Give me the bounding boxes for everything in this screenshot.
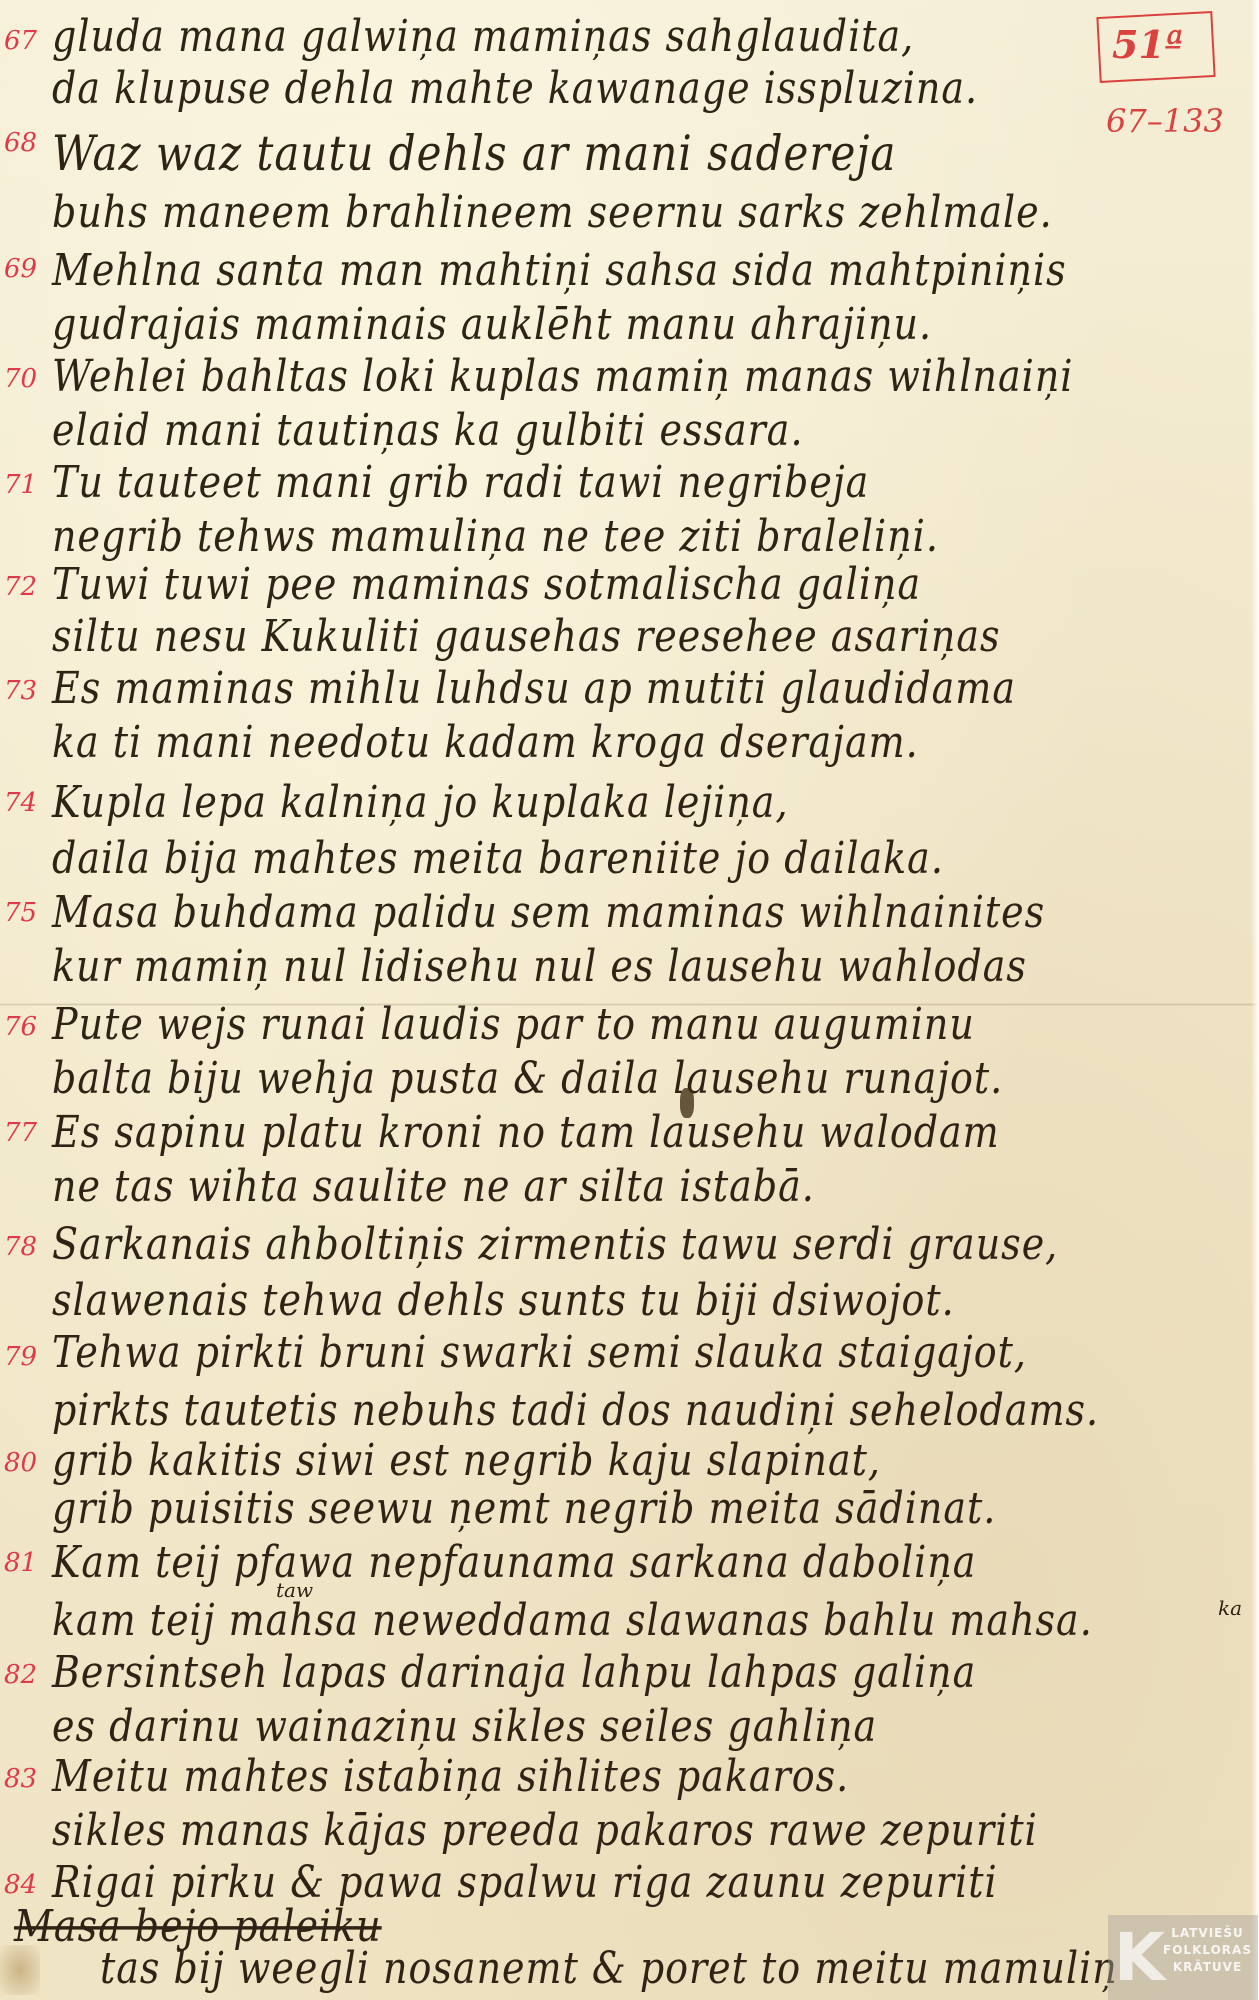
insertion-end: ka bbox=[1218, 1596, 1242, 1620]
watermark-text: LATVIEŠU FOLKLORAS KRĀTUVE bbox=[1160, 1925, 1255, 1976]
verse-line: negrib tehws mamuliņa ne tee ziti bralel… bbox=[52, 514, 939, 558]
verse-line: Tehwa pirkti bruni swarki semi slauka st… bbox=[52, 1330, 1027, 1374]
paper-stain bbox=[0, 1945, 40, 1995]
verse-number: 68 bbox=[4, 130, 42, 156]
verse-line: Kam teij pfawa nepfaunama sarkana daboli… bbox=[52, 1540, 976, 1584]
verse-line: grib kakitis siwi est negrib kaju slapin… bbox=[52, 1438, 881, 1482]
verse-number: 81 bbox=[4, 1550, 42, 1576]
verse-line: daila bija mahtes meita bareniite jo dai… bbox=[52, 836, 944, 880]
verse-line-struck: Masa bejo paleiku bbox=[14, 1904, 382, 1948]
verse-line: Wehlei bahltas loki kuplas mamiņ manas w… bbox=[52, 354, 1073, 398]
verse-line: Meitu mahtes istabiņa sihlites pakaros. bbox=[52, 1754, 849, 1798]
verse-line: Sarkanais ahboltiņis zirmentis tawu serd… bbox=[52, 1222, 1058, 1266]
verse-line: Tu tauteet mani grib radi tawi negribeja bbox=[52, 460, 869, 504]
verse-line: Es maminas mihlu luhdsu ap mutiti glaudi… bbox=[52, 666, 1016, 710]
verse-number: 72 bbox=[4, 574, 42, 600]
verse-line: slawenais tehwa dehls sunts tu biji dsiw… bbox=[52, 1278, 955, 1322]
verse-line: tas bij weegli nosanemt & poret to meitu… bbox=[100, 1946, 1118, 1990]
verse-line: Kupla lepa kalniņa jo kuplaka lejiņa, bbox=[52, 780, 789, 824]
verse-line: balta biju wehja pusta & daila lausehu r… bbox=[52, 1056, 1003, 1100]
verse-line: Mehlna santa man mahtiņi sahsa sida maht… bbox=[52, 248, 1067, 292]
verse-number: 80 bbox=[4, 1450, 42, 1476]
manuscript-page: 51ª 67–133 67 gluda mana galwiņa mamiņas… bbox=[0, 0, 1259, 2000]
verse-number: 75 bbox=[4, 900, 42, 926]
verse-line: kam teij mahsa neweddama slawanas bahlu … bbox=[52, 1598, 1093, 1642]
verse-line: Tuwi tuwi pee maminas sotmalischa galiņa bbox=[52, 562, 921, 606]
verse-line: Masa buhdama palidu sem maminas wihlnain… bbox=[52, 890, 1045, 934]
verse-number: 73 bbox=[4, 678, 42, 704]
page-edge bbox=[1251, 0, 1259, 2000]
verse-line: buhs maneem brahlineem seernu sarks zehl… bbox=[52, 190, 1053, 234]
verse-line: Pute wejs runai laudis par to manu augum… bbox=[52, 1002, 975, 1046]
verse-line: Es sapinu platu kroni no tam lausehu wal… bbox=[52, 1110, 1000, 1154]
verse-line: sikles manas kājas preeda pakaros rawe z… bbox=[52, 1808, 1038, 1852]
watermark-k-icon: K bbox=[1114, 1919, 1165, 1996]
watermark-line: LATVIEŠU bbox=[1160, 1925, 1255, 1942]
verse-number: 69 bbox=[4, 256, 42, 282]
verse-line: elaid mani tautiņas ka gulbiti essara. bbox=[52, 408, 804, 452]
watermark-line: FOLKLORAS bbox=[1160, 1942, 1255, 1959]
verse-number: 83 bbox=[4, 1766, 42, 1792]
verse-number: 70 bbox=[4, 366, 42, 392]
verse-number: 79 bbox=[4, 1344, 42, 1370]
verse-number: 67 bbox=[4, 28, 42, 54]
verse-number: 82 bbox=[4, 1662, 42, 1688]
verse-number: 77 bbox=[4, 1120, 42, 1146]
archive-stamp-range: 67–133 bbox=[1106, 102, 1224, 140]
verse-line: pirkts tautetis nebuhs tadi dos naudiņi … bbox=[52, 1388, 1099, 1432]
verse-number: 78 bbox=[4, 1234, 42, 1260]
verse-line: kur mamiņ nul lidisehu nul es lausehu wa… bbox=[52, 944, 1027, 988]
verse-number: 76 bbox=[4, 1014, 42, 1040]
verse-line: gudrajais maminais auklēht manu ahrajiņu… bbox=[52, 302, 932, 346]
verse-line: da klupuse dehla mahte kawanage isspluzi… bbox=[52, 66, 978, 110]
verse-line: es darinu wainaziņu sikles seiles gahliņ… bbox=[52, 1704, 877, 1748]
verse-number: 71 bbox=[4, 472, 42, 498]
archive-watermark-logo: K LATVIEŠU FOLKLORAS KRĀTUVE bbox=[1108, 1915, 1258, 2000]
archive-stamp-number: 51ª bbox=[1112, 22, 1183, 67]
verse-line: Waz waz tautu dehls ar mani sadereja bbox=[52, 130, 896, 178]
verse-line: Rigai pirku & pawa spalwu riga zaunu zep… bbox=[52, 1860, 998, 1904]
verse-line: ne tas wihta saulite ne ar silta istabā. bbox=[52, 1164, 815, 1208]
verse-line: gluda mana galwiņa mamiņas sahglaudita, bbox=[52, 14, 914, 58]
verse-line: siltu nesu Kukuliti gausehas reesehee as… bbox=[52, 614, 1001, 658]
verse-line: grib puisitis seewu ņemt negrib meita sā… bbox=[52, 1486, 996, 1530]
verse-number: 74 bbox=[4, 790, 42, 816]
verse-number: 84 bbox=[4, 1872, 42, 1898]
verse-line: ka ti mani needotu kadam kroga dserajam. bbox=[52, 720, 919, 764]
verse-line: Bersintseh lapas darinaja lahpu lahpas g… bbox=[52, 1650, 976, 1694]
watermark-line: KRĀTUVE bbox=[1160, 1959, 1255, 1976]
